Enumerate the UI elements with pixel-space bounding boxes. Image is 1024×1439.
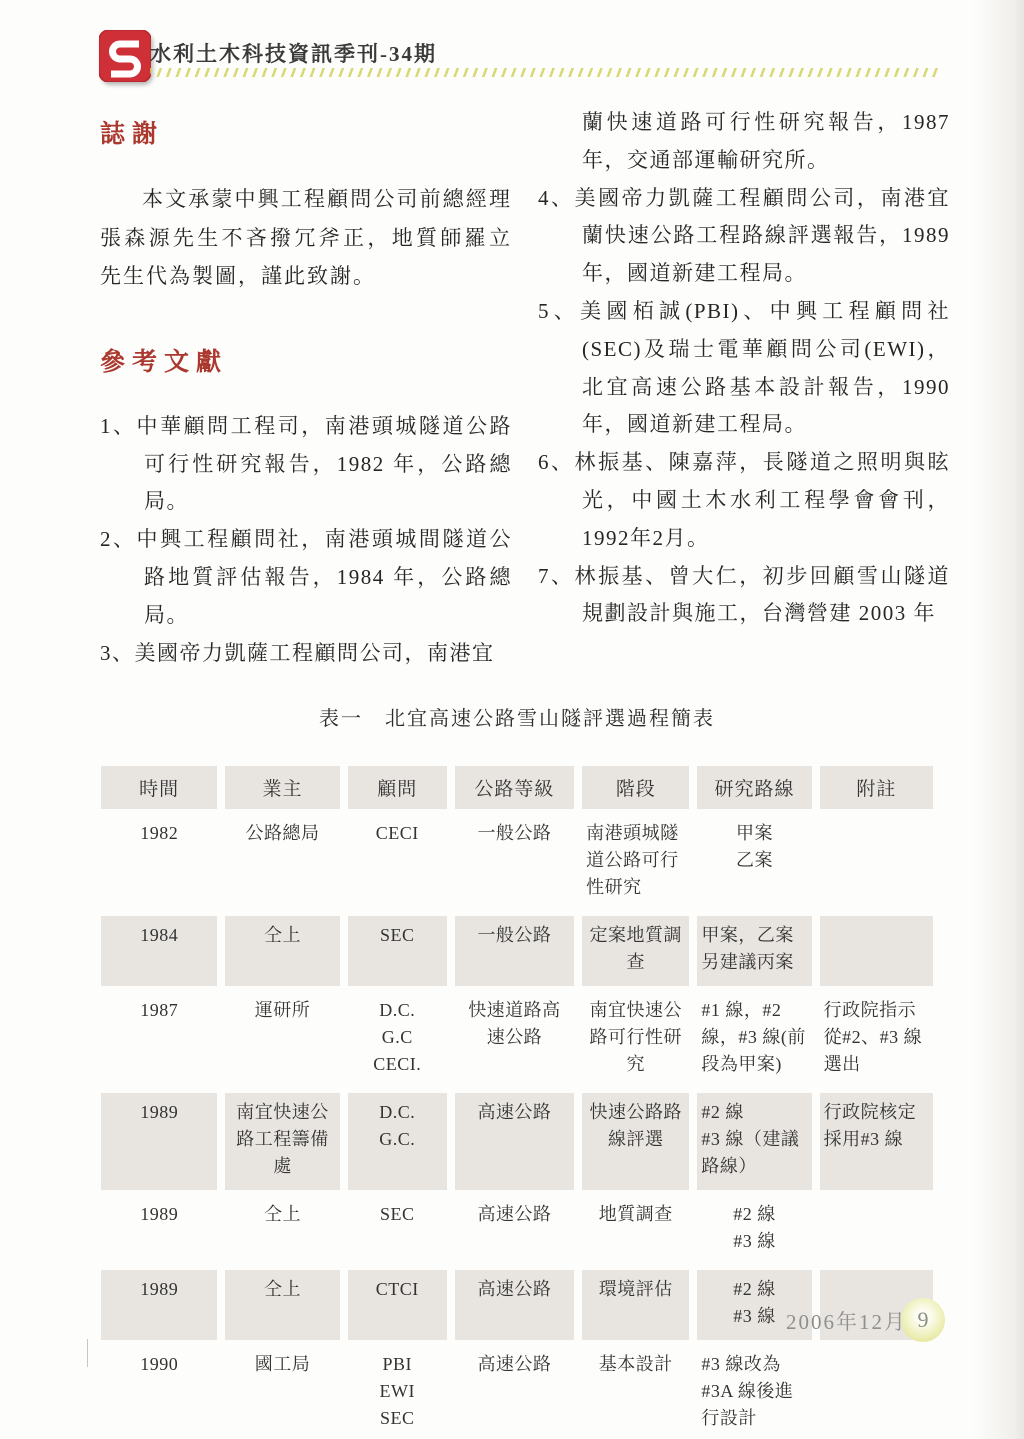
cell-stage: 基本設計	[582, 1345, 689, 1439]
journal-logo-icon	[99, 30, 151, 82]
column-header-note: 附註	[820, 766, 933, 809]
table-row-1982: 1982 公路總局 CECI 一般公路 南港頭城隧 道公路可行 性研究 甲案 乙…	[101, 814, 933, 911]
cell-note	[820, 1195, 933, 1265]
cell-consultant: PBI EWI SEC	[348, 1345, 447, 1439]
cell-time: 1989	[101, 1195, 217, 1265]
cell-owner: 運研所	[225, 991, 339, 1088]
reference-item-3-continuation: 蘭快速道路可行性研究報告，1987年，交通部運輸研究所。	[538, 104, 950, 180]
cell-note	[820, 1345, 933, 1439]
cell-time: 1989	[101, 1093, 217, 1190]
page-number: 9	[918, 1307, 929, 1333]
column-header-consultant: 顧問	[348, 766, 447, 809]
cell-stage: 地質調查	[582, 1195, 689, 1265]
page-number-badge: 9	[901, 1298, 945, 1342]
table-row-1989-geology: 1989 仝上 SEC 高速公路 地質調查 #2 線 #3 線	[101, 1195, 933, 1265]
reference-item-1: 1、中華顧問工程司，南港頭城隧道公路可行性研究報告，1982 年，公路總局。	[100, 408, 512, 521]
journal-title: 水利土木科技資訊季刊-34期	[150, 38, 437, 68]
page-edge-mark	[87, 1339, 88, 1367]
table-row-1989-route-selection: 1989 南宜快速公 路工程籌備 處 D.C. G.C. 高速公路 快速公路路 …	[101, 1093, 933, 1190]
cell-consultant: CECI	[348, 814, 447, 911]
cell-owner: 南宜快速公 路工程籌備 處	[225, 1093, 339, 1190]
cell-stage: 定案地質調 查	[582, 916, 689, 986]
cell-note: 行政院指示 從#2、#3 線 選出	[820, 991, 933, 1088]
cell-note: 行政院核定 採用#3 線	[820, 1093, 933, 1190]
cell-routes: #3 線改為 #3A 線後進 行設計	[697, 1345, 811, 1439]
cell-routes: 甲案，乙案 另建議丙案	[697, 916, 811, 986]
table-row-1987: 1987 運研所 D.C. G.C CECI. 快速道路高 速公路 南宜快速公 …	[101, 991, 933, 1088]
selection-process-table: 時間 業主 顧問 公路等級 階段 研究路線 附註 1982 公路總局 CECI …	[93, 761, 941, 1439]
cell-time: 1990	[101, 1345, 217, 1439]
cell-grade: 高速公路	[455, 1093, 574, 1190]
reference-item-5: 5、美國栢誠(PBI)、中興工程顧問社(SEC)及瑞士電華顧問公司(EWI)，北…	[538, 293, 950, 444]
cell-consultant: SEC	[348, 916, 447, 986]
acknowledgement-paragraph: 本文承蒙中興工程顧問公司前總經理張森源先生不吝撥冗斧正，地質師羅立先生代為製圖，…	[100, 180, 512, 296]
cell-time: 1987	[101, 991, 217, 1088]
cell-owner: 仝上	[225, 1270, 339, 1340]
reference-item-2: 2、中興工程顧問社，南港頭城間隧道公路地質評估報告，1984 年，公路總局。	[100, 521, 512, 634]
reference-item-3: 3、美國帝力凱薩工程顧問公司，南港宜	[100, 635, 512, 673]
header-divider	[150, 68, 940, 77]
cell-grade: 高速公路	[455, 1270, 574, 1340]
column-header-routes: 研究路線	[697, 766, 811, 809]
table-header-row: 時間 業主 顧問 公路等級 階段 研究路線 附註	[101, 766, 933, 809]
column-header-grade: 公路等級	[455, 766, 574, 809]
cell-owner: 公路總局	[225, 814, 339, 911]
cell-owner: 仝上	[225, 916, 339, 986]
cell-consultant: D.C. G.C CECI.	[348, 991, 447, 1088]
reference-item-7: 7、林振基、曾大仁，初步回顧雪山隧道規劃設計與施工，台灣營建 2003 年	[538, 558, 950, 634]
cell-grade: 一般公路	[455, 814, 574, 911]
cell-time: 1982	[101, 814, 217, 911]
cell-stage: 快速公路路 線評選	[582, 1093, 689, 1190]
article-body: 誌謝 本文承蒙中興工程顧問公司前總經理張森源先生不吝撥冗斧正，地質師羅立先生代為…	[100, 104, 950, 672]
cell-consultant: CTCI	[348, 1270, 447, 1340]
cell-time: 1984	[101, 916, 217, 986]
cell-stage: 南港頭城隧 道公路可行 性研究	[582, 814, 689, 911]
column-header-stage: 階段	[582, 766, 689, 809]
cell-stage: 環境評估	[582, 1270, 689, 1340]
cell-owner: 國工局	[225, 1345, 339, 1439]
acknowledgement-heading: 誌謝	[100, 114, 512, 150]
reference-item-4: 4、美國帝力凱薩工程顧問公司，南港宜蘭快速公路工程路線評選報告，1989年，國道…	[538, 180, 950, 293]
cell-routes: 甲案 乙案	[697, 814, 811, 911]
reference-item-6: 6、林振基、陳嘉萍，長隧道之照明與眩光，中國土木水利工程學會會刊，1992年2月…	[538, 444, 950, 557]
right-column: 蘭快速道路可行性研究報告，1987年，交通部運輸研究所。 4、美國帝力凱薩工程顧…	[538, 104, 950, 672]
table-title: 表一 北宜高速公路雪山隧評選過程簡表	[93, 702, 941, 731]
cell-consultant: D.C. G.C.	[348, 1093, 447, 1190]
cell-stage: 南宜快速公 路可行性研 究	[582, 991, 689, 1088]
cell-grade: 一般公路	[455, 916, 574, 986]
cell-note	[820, 916, 933, 986]
cell-consultant: SEC	[348, 1195, 447, 1265]
cell-time: 1989	[101, 1270, 217, 1340]
cell-routes: #1 線，#2 線，#3 線(前 段為甲案)	[697, 991, 811, 1088]
table-row-1984: 1984 仝上 SEC 一般公路 定案地質調 查 甲案，乙案 另建議丙案	[101, 916, 933, 986]
journal-page: 水利土木科技資訊季刊-34期 誌謝 本文承蒙中興工程顧問公司前總經理張森源先生不…	[0, 0, 1024, 1439]
references-heading: 參考文獻	[100, 342, 512, 378]
left-column: 誌謝 本文承蒙中興工程顧問公司前總經理張森源先生不吝撥冗斧正，地質師羅立先生代為…	[100, 104, 512, 672]
cell-grade: 高速公路	[455, 1195, 574, 1265]
cell-routes: #2 線 #3 線	[697, 1195, 811, 1265]
cell-note	[820, 814, 933, 911]
cell-owner: 仝上	[225, 1195, 339, 1265]
cell-grade: 快速道路高 速公路	[455, 991, 574, 1088]
column-header-owner: 業主	[225, 766, 339, 809]
column-header-time: 時間	[101, 766, 217, 809]
cell-grade: 高速公路	[455, 1345, 574, 1439]
cell-routes: #2 線 #3 線（建議 路線）	[697, 1093, 811, 1190]
footer-date: 2006年12月	[786, 1306, 907, 1336]
table-row-1990: 1990 國工局 PBI EWI SEC 高速公路 基本設計 #3 線改為 #3…	[101, 1345, 933, 1439]
